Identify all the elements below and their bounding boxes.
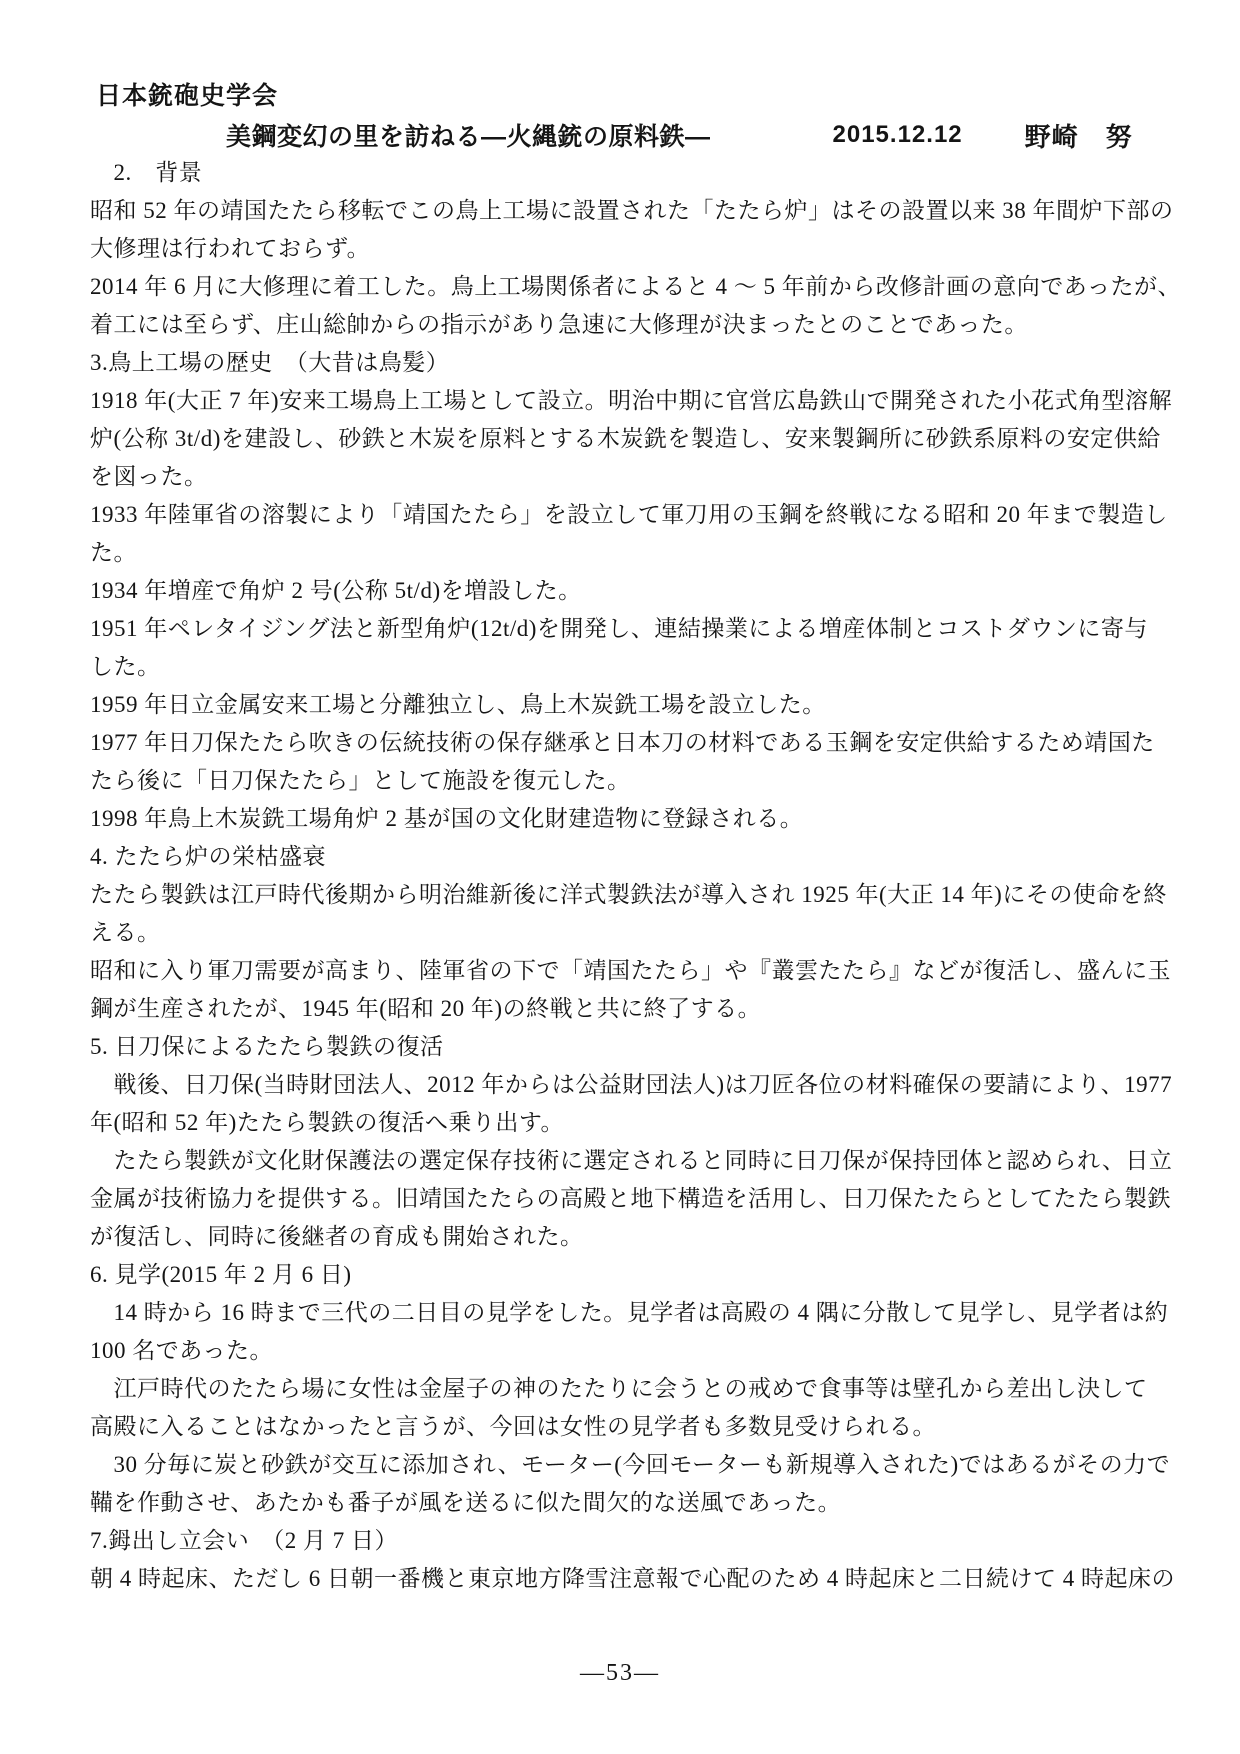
section-heading-kera: 7.鉧出し立会い （2 月 7 日）	[90, 1522, 1156, 1560]
text-line: 14 時から 16 時まで三代の二日目の見学をした。見学者は高殿の 4 隅に分散…	[90, 1294, 1156, 1332]
section-heading-revival: 5. 日刀保によるたたら製鉄の復活	[90, 1028, 1156, 1066]
title-row: 美鋼変幻の里を訪ねる―火縄銃の原料鉄― 2015.12.12 野崎 努	[90, 116, 1156, 154]
section-heading-history: 3.鳥上工場の歴史 （大昔は鳥髪）	[90, 344, 1156, 382]
text-line: 鋼が生産されたが、1945 年(昭和 20 年)の終戦と共に終了する。	[90, 990, 1156, 1028]
page-number: ―53―	[0, 1660, 1240, 1687]
text-line: 1933 年陸軍省の溶製により「靖国たたら」を設立して軍刀用の玉鋼を終戦になる昭…	[90, 496, 1156, 534]
text-line: 昭和に入り軍刀需要が高まり、陸軍省の下で「靖国たたら」や『叢雲たたら』などが復活…	[90, 952, 1156, 990]
page-content: 日本銃砲史学会 美鋼変幻の里を訪ねる―火縄銃の原料鉄― 2015.12.12 野…	[90, 80, 1156, 1598]
text-line: 戦後、日刀保(当時財団法人、2012 年からは公益財団法人)は刀匠各位の材料確保…	[90, 1066, 1156, 1104]
text-line: 高殿に入ることはなかったと言うが、今回は女性の見学者も多数見受けられる。	[90, 1408, 1156, 1446]
text-line: 2014 年 6 月に大修理に着工した。鳥上工場関係者によると 4 ～ 5 年前…	[90, 268, 1156, 306]
document-page: 日本銃砲史学会 美鋼変幻の里を訪ねる―火縄銃の原料鉄― 2015.12.12 野…	[0, 0, 1240, 1754]
text-line: 着工には至らず、庄山総帥からの指示があり急速に大修理が決まったとのことであった。	[90, 306, 1156, 344]
text-line: した。	[90, 648, 1156, 686]
text-line: 金属が技術協力を提供する。旧靖国たたらの高殿と地下構造を活用し、日刀保たたらとし…	[90, 1180, 1156, 1218]
text-line: 炉(公称 3t/d)を建設し、砂鉄と木炭を原料とする木炭銑を製造し、安来製鋼所に…	[90, 420, 1156, 458]
text-line: を図った。	[90, 458, 1156, 496]
text-line: える。	[90, 914, 1156, 952]
document-date: 2015.12.12	[833, 121, 963, 149]
text-line: 大修理は行われておらず。	[90, 230, 1156, 268]
text-line: 1959 年日立金属安来工場と分離独立し、鳥上木炭銑工場を設立した。	[90, 686, 1156, 724]
body-text: 2. 背景 昭和 52 年の靖国たたら移転でこの鳥上工場に設置された「たたら炉」…	[90, 154, 1156, 1598]
document-author: 野崎 努	[1025, 117, 1133, 154]
text-line: 年(昭和 52 年)たたら製鉄の復活へ乗り出す。	[90, 1104, 1156, 1142]
text-line: 30 分毎に炭と砂鉄が交互に添加され、モーター(今回モーターも新規導入された)で…	[90, 1446, 1156, 1484]
text-line: 朝 4 時起床、ただし 6 日朝一番機と東京地方降雪注意報で心配のため 4 時起…	[90, 1560, 1156, 1598]
text-line: 鞴を作動させ、あたかも番子が風を送るに似た間欠的な送風であった。	[90, 1484, 1156, 1522]
text-line: たら後に「日刀保たたら」として施設を復元した。	[90, 762, 1156, 800]
text-line: 1951 年ペレタイジング法と新型角炉(12t/d)を開発し、連結操業による増産…	[90, 610, 1156, 648]
section-heading-background: 2. 背景	[90, 154, 1156, 192]
society-name: 日本銃砲史学会	[90, 80, 1156, 116]
text-line: 江戸時代のたたら場に女性は金屋子の神のたたりに会うとの戒めで食事等は壁孔から差出…	[90, 1370, 1156, 1408]
text-line: 1918 年(大正 7 年)安来工場鳥上工場として設立。明治中期に官営広島鉄山で…	[90, 382, 1156, 420]
text-line: 100 名であった。	[90, 1332, 1156, 1370]
text-line: 1934 年増産で角炉 2 号(公称 5t/d)を増設した。	[90, 572, 1156, 610]
text-line: たたら製鉄が文化財保護法の選定保存技術に選定されると同時に日刀保が保持団体と認め…	[90, 1142, 1156, 1180]
text-line: が復活し、同時に後継者の育成も開始された。	[90, 1218, 1156, 1256]
text-line: 1977 年日刀保たたら吹きの伝統技術の保存継承と日本刀の材料である玉鋼を安定供…	[90, 724, 1156, 762]
section-heading-visit: 6. 見学(2015 年 2 月 6 日)	[90, 1256, 1156, 1294]
document-title: 美鋼変幻の里を訪ねる―火縄銃の原料鉄―	[226, 117, 711, 153]
text-line: たたら製鉄は江戸時代後期から明治維新後に洋式製鉄法が導入され 1925 年(大正…	[90, 876, 1156, 914]
text-line: た。	[90, 534, 1156, 572]
text-line: 1998 年鳥上木炭銑工場角炉 2 基が国の文化財建造物に登録される。	[90, 800, 1156, 838]
text-line: 昭和 52 年の靖国たたら移転でこの鳥上工場に設置された「たたら炉」はその設置以…	[90, 192, 1156, 230]
section-heading-rise-fall: 4. たたら炉の栄枯盛衰	[90, 838, 1156, 876]
